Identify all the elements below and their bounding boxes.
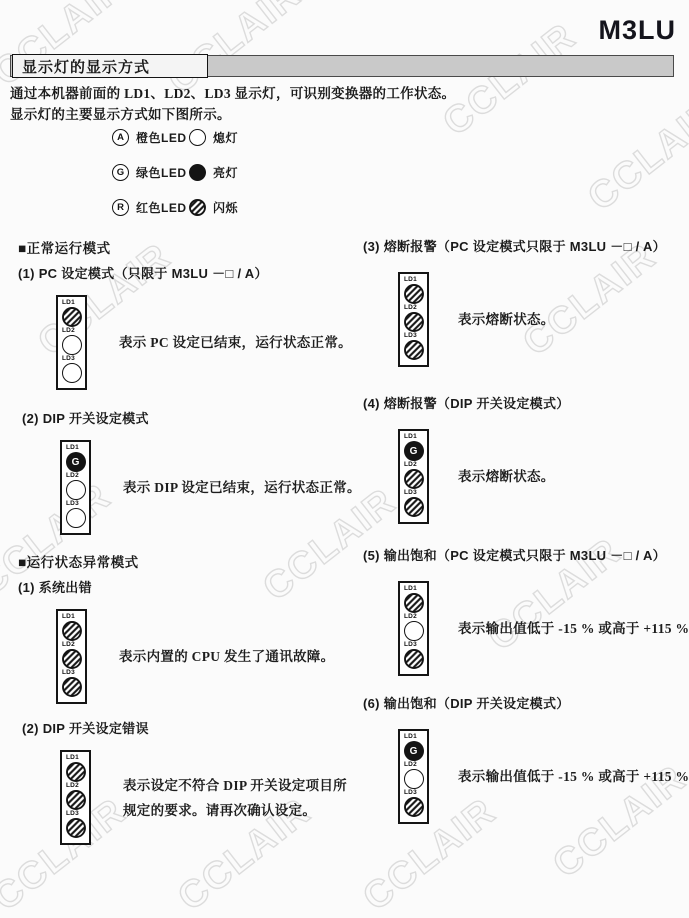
led-unit: LD3	[58, 669, 85, 697]
led-unit: LD1	[400, 276, 427, 304]
led-label: LD2	[62, 472, 89, 480]
led-off-icon	[404, 769, 424, 789]
led-flash-icon	[62, 307, 82, 327]
section-heading: (2) DIP 开关设定模式	[22, 408, 361, 427]
led-unit: LD2	[58, 641, 85, 669]
led-indicator-box: LD1LD2LD3	[56, 295, 87, 390]
section: ■正常运行模式(1) PC 设定模式（只限于 M3LU －□ / A）LD1LD…	[18, 237, 352, 390]
section-body: LD1LD2LD3表示设定不符合 DIP 开关设定项目所规定的要求。请再次确认设…	[22, 750, 347, 845]
page-title: 显示灯的显示方式	[12, 54, 208, 78]
led-label: LD1	[58, 299, 85, 307]
legend-row: G绿色LED亮灯	[112, 164, 238, 181]
description-line: 表示熔断状态。	[458, 307, 555, 332]
led-unit: LD1	[62, 754, 89, 782]
section: (3) 熔断报警（PC 设定模式只限于 M3LU －□ / A）LD1LD2LD…	[363, 236, 666, 367]
section-body: LD1LD2LD3表示熔断状态。	[363, 272, 666, 367]
led-label: LD1	[400, 276, 427, 284]
led-unit: LD1G	[400, 733, 427, 761]
led-label: LD1	[400, 433, 427, 441]
led-off-icon	[404, 621, 424, 641]
description-line: 表示输出值低于 -15 % 或高于 +115 %。	[458, 764, 689, 789]
description-line: 表示 PC 设定已结束，运行状态正常。	[119, 330, 352, 355]
led-unit: LD1	[58, 613, 85, 641]
led-off-icon	[62, 335, 82, 355]
led-flash-icon	[62, 649, 82, 669]
led-label: LD2	[58, 641, 85, 649]
section: (2) DIP 开关设定错误LD1LD2LD3表示设定不符合 DIP 开关设定项…	[22, 718, 347, 845]
intro-line-1: 通过本机器前面的 LD1、LD2、LD3 显示灯，可识别变换器的工作状态。	[10, 83, 455, 104]
led-label: LD1	[400, 733, 427, 741]
led-label: LD1	[58, 613, 85, 621]
led-flash-icon	[66, 818, 86, 838]
section-heading: (4) 熔断报警（DIP 开关设定模式）	[363, 393, 570, 412]
led-label: LD3	[400, 789, 427, 797]
led-indicator-box: LD1GLD2LD3	[398, 429, 429, 524]
led-indicator-box: LD1LD2LD3	[398, 272, 429, 367]
led-label: LD3	[400, 489, 427, 497]
led-label: LD1	[400, 585, 427, 593]
led-unit: LD2	[400, 761, 427, 789]
intro-line-2: 显示灯的主要显示方式如下图所示。	[10, 104, 455, 125]
led-unit: LD2	[400, 304, 427, 332]
led-indicator-box: LD1GLD2LD3	[60, 440, 91, 535]
led-unit: LD1	[58, 299, 85, 327]
section-description: 表示熔断状态。	[458, 307, 555, 332]
group-heading: ■正常运行模式	[18, 237, 352, 257]
legend-color-label: 绿色LED	[136, 164, 189, 181]
legend-row: R红色LED闪烁	[112, 199, 238, 216]
section-body: LD1LD2LD3表示输出值低于 -15 % 或高于 +115 %。	[363, 581, 689, 676]
section-body: LD1LD2LD3表示 PC 设定已结束，运行状态正常。	[18, 295, 352, 390]
led-color-icon: A	[112, 129, 129, 146]
led-label: LD2	[400, 761, 427, 769]
section-body: LD1GLD2LD3表示 DIP 设定已结束，运行状态正常。	[22, 440, 361, 535]
legend-state-label: 亮灯	[213, 164, 238, 181]
section-heading: (3) 熔断报警（PC 设定模式只限于 M3LU －□ / A）	[363, 236, 666, 255]
led-flash-icon	[62, 621, 82, 641]
watermark: CCLAIR	[435, 15, 584, 145]
section-description: 表示输出值低于 -15 % 或高于 +115 %。	[458, 764, 689, 789]
section-description: 表示 DIP 设定已结束，运行状态正常。	[123, 475, 361, 500]
section-body: LD1LD2LD3表示内置的 CPU 发生了通讯故障。	[18, 609, 334, 704]
led-unit: LD3	[400, 641, 427, 669]
led-flash-icon	[404, 593, 424, 613]
legend: A橙色LED熄灯G绿色LED亮灯R红色LED闪烁	[112, 129, 238, 216]
led-unit: LD2	[62, 782, 89, 810]
led-unit: LD1G	[400, 433, 427, 461]
section-heading: (2) DIP 开关设定错误	[22, 718, 347, 737]
led-flash-icon	[66, 762, 86, 782]
product-title: M3LU	[599, 15, 677, 46]
section-body: LD1GLD2LD3表示熔断状态。	[363, 429, 570, 524]
led-label: LD3	[62, 810, 89, 818]
led-flash-icon	[404, 312, 424, 332]
led-on-icon: G	[66, 452, 86, 472]
section-heading: (6) 输出饱和（DIP 开关设定模式）	[363, 693, 689, 712]
led-label: LD3	[58, 669, 85, 677]
led-indicator-box: LD1GLD2LD3	[398, 729, 429, 824]
led-indicator-box: LD1LD2LD3	[398, 581, 429, 676]
section: ■运行状态异常模式(1) 系统出错LD1LD2LD3表示内置的 CPU 发生了通…	[18, 551, 334, 704]
led-label: LD2	[400, 613, 427, 621]
description-line: 表示内置的 CPU 发生了通讯故障。	[119, 644, 334, 669]
legend-color-label: 橙色LED	[136, 129, 189, 146]
led-unit: LD3	[62, 810, 89, 838]
legend-state-label: 闪烁	[213, 199, 238, 216]
watermark: CCLAIR	[0, 0, 135, 95]
led-flash-icon	[66, 790, 86, 810]
led-unit: LD3	[58, 355, 85, 383]
description-line: 规定的要求。请再次确认设定。	[123, 798, 347, 823]
section-description: 表示设定不符合 DIP 开关设定项目所规定的要求。请再次确认设定。	[123, 773, 347, 823]
description-line: 表示熔断状态。	[458, 464, 555, 489]
section: (4) 熔断报警（DIP 开关设定模式）LD1GLD2LD3表示熔断状态。	[363, 393, 570, 524]
section: (6) 输出饱和（DIP 开关设定模式）LD1GLD2LD3表示输出值低于 -1…	[363, 693, 689, 824]
description-line: 表示设定不符合 DIP 开关设定项目所	[123, 773, 347, 798]
led-unit: LD3	[400, 789, 427, 817]
legend-state-label: 熄灯	[213, 129, 238, 146]
led-label: LD3	[62, 500, 89, 508]
led-flash-icon	[404, 284, 424, 304]
led-indicator-box: LD1LD2LD3	[56, 609, 87, 704]
led-off-icon	[62, 363, 82, 383]
section-description: 表示熔断状态。	[458, 464, 555, 489]
led-unit: LD1G	[62, 444, 89, 472]
led-unit: LD2	[62, 472, 89, 500]
led-label: LD1	[62, 754, 89, 762]
section-body: LD1GLD2LD3表示输出值低于 -15 % 或高于 +115 %。	[363, 729, 689, 824]
led-off-icon	[66, 480, 86, 500]
led-flash-icon	[404, 797, 424, 817]
intro-paragraph: 通过本机器前面的 LD1、LD2、LD3 显示灯，可识别变换器的工作状态。 显示…	[10, 83, 455, 125]
legend-row: A橙色LED熄灯	[112, 129, 238, 146]
led-label: LD2	[58, 327, 85, 335]
group-heading: ■运行状态异常模式	[18, 551, 334, 571]
led-unit: LD2	[400, 613, 427, 641]
led-unit: LD3	[400, 332, 427, 360]
led-label: LD1	[62, 444, 89, 452]
led-flash-icon	[62, 677, 82, 697]
description-line: 表示输出值低于 -15 % 或高于 +115 %。	[458, 616, 689, 641]
manual-page: CCLAIRCCLAIRCCLAIRCCLAIRCCLAIRCCLAIRCCLA…	[0, 0, 689, 918]
led-color-icon: G	[112, 164, 129, 181]
watermark: CCLAIR	[580, 90, 689, 220]
led-on-icon: G	[404, 441, 424, 461]
led-label: LD3	[400, 332, 427, 340]
section-heading: (1) PC 设定模式（只限于 M3LU －□ / A）	[18, 263, 352, 282]
led-color-icon: R	[112, 199, 129, 216]
led-flash-icon	[404, 340, 424, 360]
led-state-icon	[189, 164, 206, 181]
led-flash-icon	[404, 497, 424, 517]
led-unit: LD2	[58, 327, 85, 355]
led-label: LD3	[400, 641, 427, 649]
led-unit: LD3	[400, 489, 427, 517]
led-flash-icon	[404, 649, 424, 669]
led-state-icon	[189, 129, 206, 146]
led-label: LD2	[400, 304, 427, 312]
led-on-icon: G	[404, 741, 424, 761]
section-heading: (1) 系统出错	[18, 577, 334, 596]
section-description: 表示内置的 CPU 发生了通讯故障。	[119, 644, 334, 669]
section-description: 表示 PC 设定已结束，运行状态正常。	[119, 330, 352, 355]
led-label: LD3	[58, 355, 85, 363]
section: (5) 输出饱和（PC 设定模式只限于 M3LU －□ / A）LD1LD2LD…	[363, 545, 689, 676]
led-flash-icon	[404, 469, 424, 489]
led-unit: LD2	[400, 461, 427, 489]
led-unit: LD1	[400, 585, 427, 613]
led-off-icon	[66, 508, 86, 528]
section-heading: (5) 输出饱和（PC 设定模式只限于 M3LU －□ / A）	[363, 545, 689, 564]
led-state-icon	[189, 199, 206, 216]
legend-color-label: 红色LED	[136, 199, 189, 216]
section: (2) DIP 开关设定模式LD1GLD2LD3表示 DIP 设定已结束，运行状…	[22, 408, 361, 535]
section-description: 表示输出值低于 -15 % 或高于 +115 %。	[458, 616, 689, 641]
led-unit: LD3	[62, 500, 89, 528]
led-indicator-box: LD1LD2LD3	[60, 750, 91, 845]
led-label: LD2	[400, 461, 427, 469]
led-label: LD2	[62, 782, 89, 790]
description-line: 表示 DIP 设定已结束，运行状态正常。	[123, 475, 361, 500]
